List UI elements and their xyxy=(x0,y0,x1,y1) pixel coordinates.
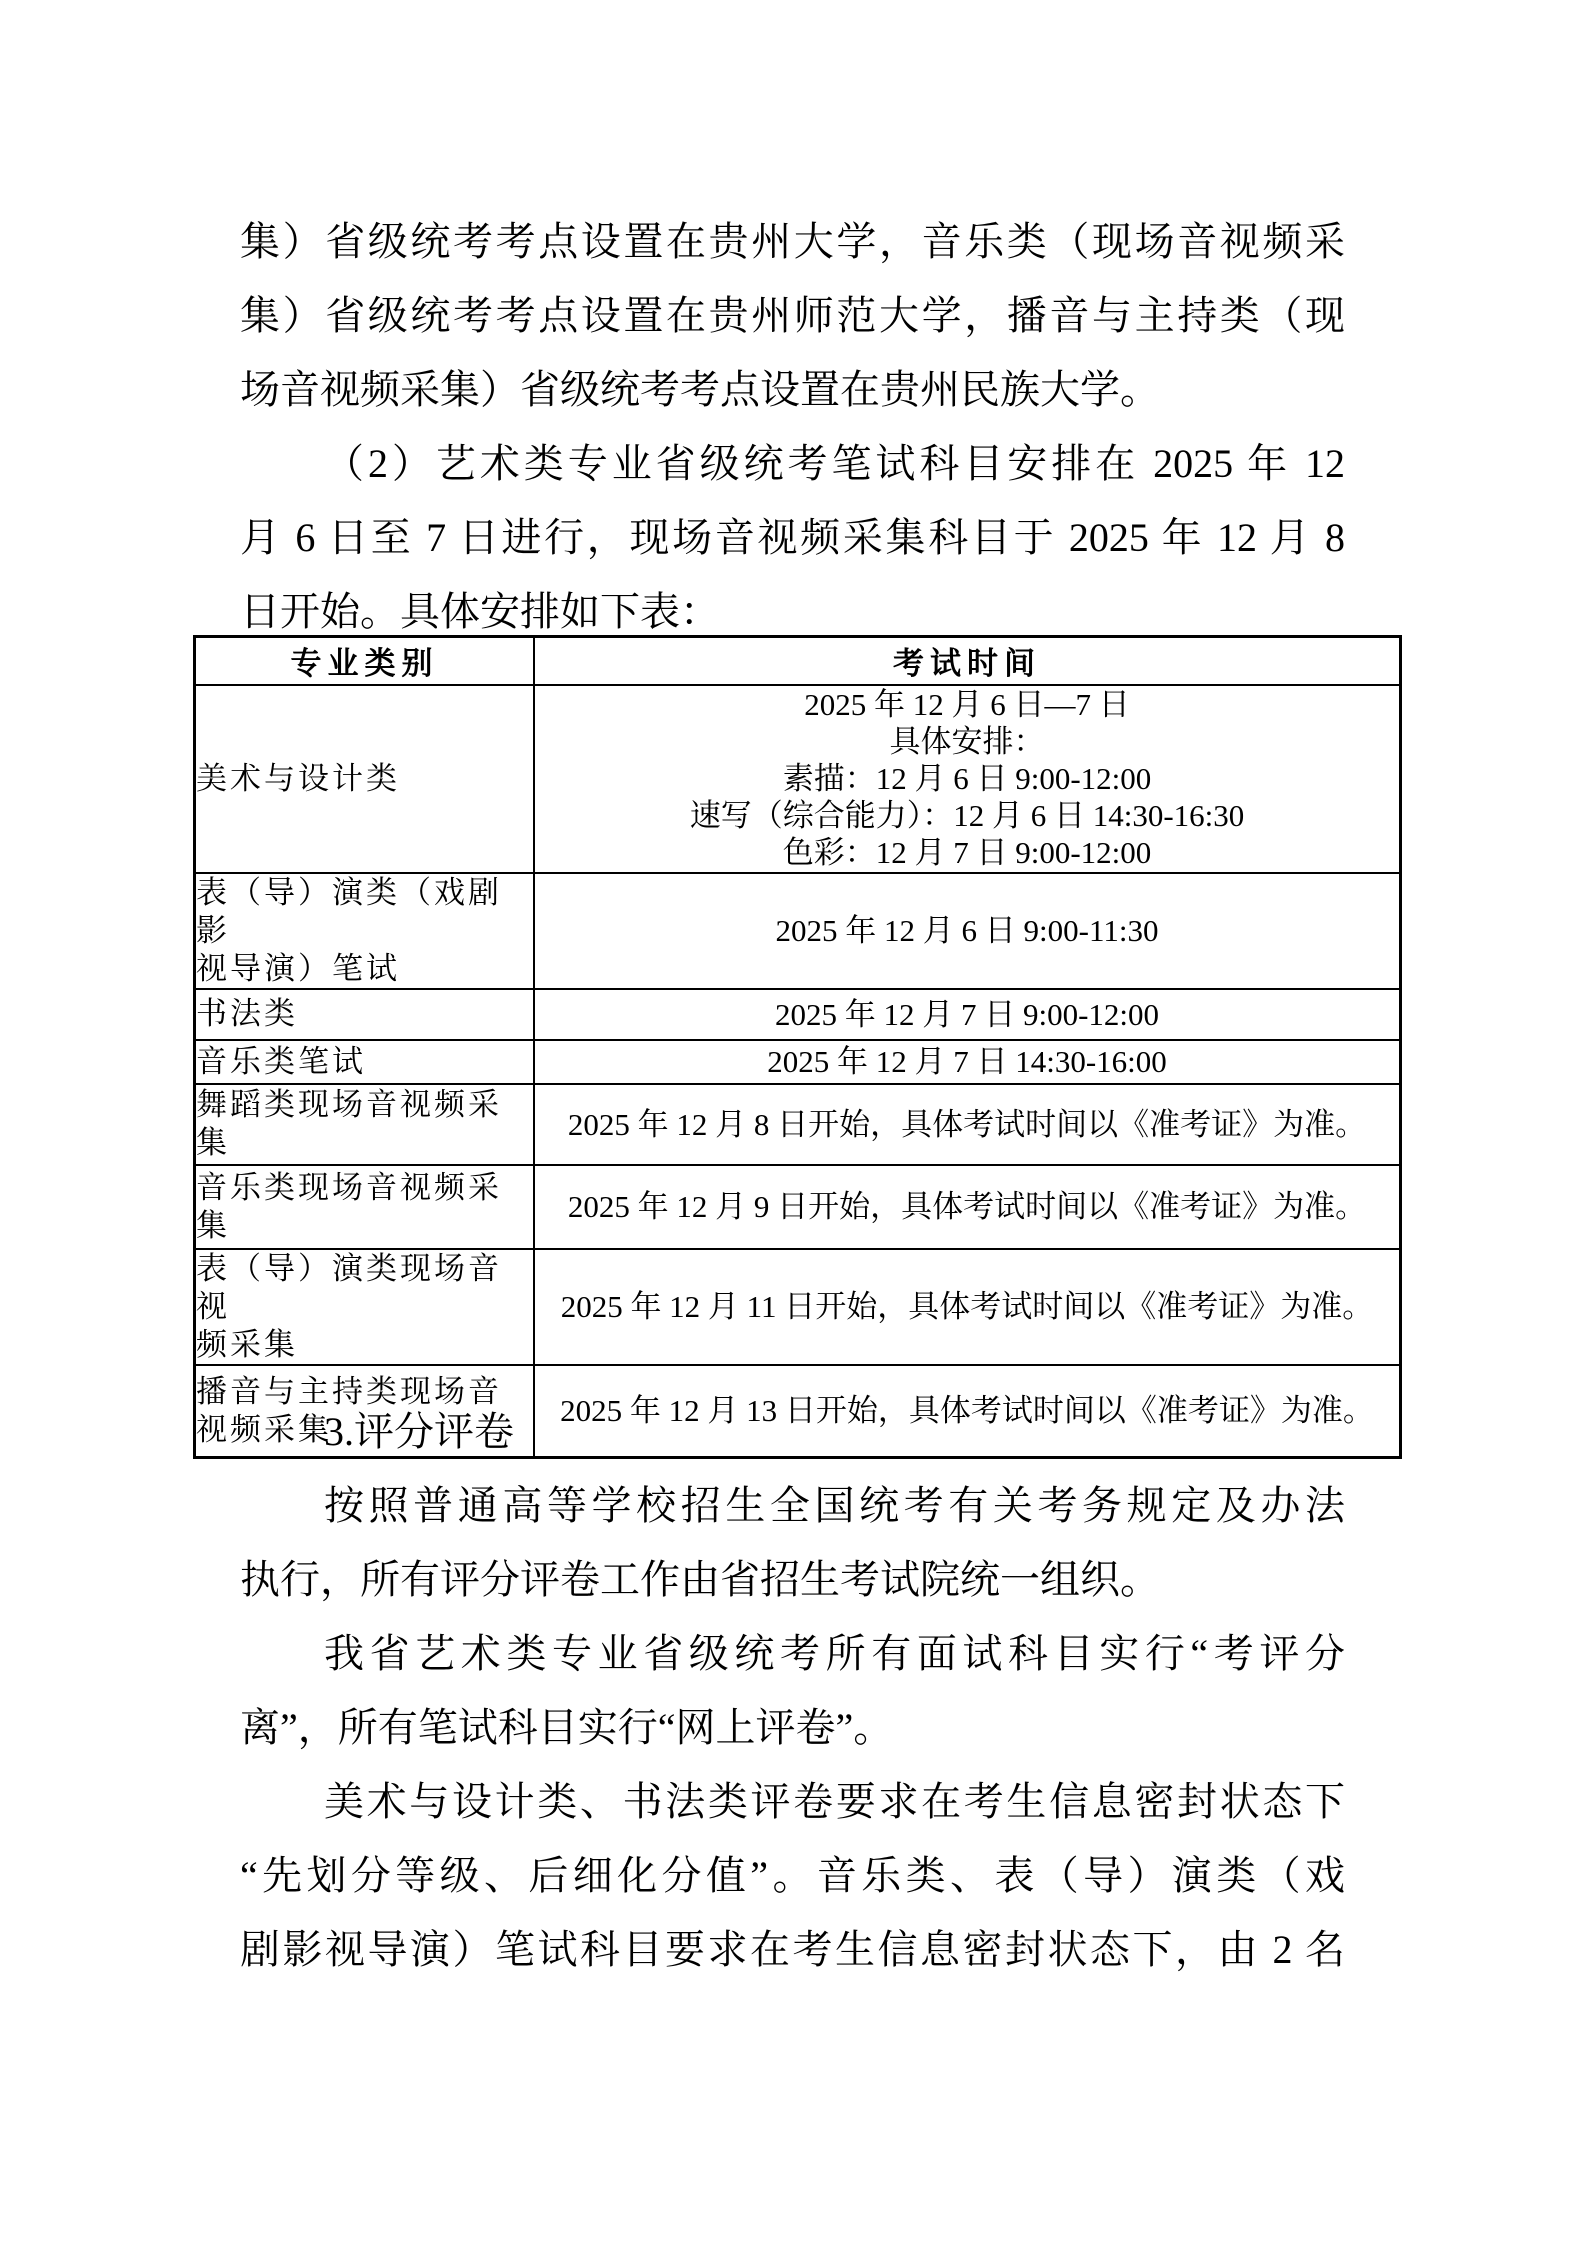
text-line: 我省艺术类专业省级统考所有面试科目实行“考评分 xyxy=(240,1617,1345,1691)
category-label: 书法类 xyxy=(196,996,298,1031)
category-cell: 表（导）演类（戏剧影视导演）笔试 xyxy=(195,873,535,989)
category-label: 美术与设计类 xyxy=(196,761,400,796)
exam-time-cell: 2025 年 12 月 11 日开始，具体考试时间以《准考证》为准。 xyxy=(534,1249,1401,1365)
text-line: 集）省级统考考点设置在贵州大学，音乐类（现场音视频采 xyxy=(240,205,1345,279)
exam-time-cell: 2025 年 12 月 9 日开始，具体考试时间以《准考证》为准。 xyxy=(534,1165,1401,1249)
exam-time-line: 色彩：12 月 7 日 9:00-12:00 xyxy=(535,834,1399,871)
text-line: 美术与设计类、书法类评卷要求在考生信息密封状态下 xyxy=(240,1765,1345,1839)
table-row: 音乐类笔试2025 年 12 月 7 日 14:30-16:00 xyxy=(195,1040,1401,1084)
category-cell: 舞蹈类现场音视频采集 xyxy=(195,1084,535,1165)
exam-time-cell: 2025 年 12 月 8 日开始，具体考试时间以《准考证》为准。 xyxy=(534,1084,1401,1165)
exam-schedule-table: 专业类别 考试时间 美术与设计类2025 年 12 月 6 日—7 日具体安排：… xyxy=(193,635,1402,1459)
category-label: 表（导）演类现场音视 xyxy=(196,1251,502,1324)
category-label: 音乐类现场音视频采 xyxy=(196,1170,502,1205)
text-line: 3.评分评卷 xyxy=(240,1395,1345,1469)
exam-time-line: 2025 年 12 月 6 日—7 日 xyxy=(535,686,1399,723)
exam-time-line: 素描：12 月 6 日 9:00-12:00 xyxy=(535,760,1399,797)
exam-time-cell: 2025 年 12 月 6 日 9:00-11:30 xyxy=(534,873,1401,989)
column-header-exam-time: 考试时间 xyxy=(534,637,1401,685)
exam-time-line: 速写（综合能力）：12 月 6 日 14:30-16:30 xyxy=(535,797,1399,834)
table-header-row: 专业类别 考试时间 xyxy=(195,637,1401,685)
category-label: 音乐类笔试 xyxy=(196,1044,366,1079)
category-cell: 音乐类现场音视频采集 xyxy=(195,1165,535,1249)
category-label: 频采集 xyxy=(196,1327,298,1362)
exam-time-cell: 2025 年 12 月 6 日—7 日具体安排：素描：12 月 6 日 9:00… xyxy=(534,685,1401,873)
exam-time-line: 具体安排： xyxy=(535,723,1399,760)
exam-time-line: 2025 年 12 月 11 日开始，具体考试时间以《准考证》为准。 xyxy=(535,1288,1399,1325)
exam-time-cell: 2025 年 12 月 7 日 14:30-16:00 xyxy=(534,1040,1401,1084)
text-line: 场音视频采集）省级统考考点设置在贵州民族大学。 xyxy=(240,353,1345,427)
category-cell: 美术与设计类 xyxy=(195,685,535,873)
text-line: 月 6 日至 7 日进行，现场音视频采集科目于 2025 年 12 月 8 xyxy=(240,501,1345,575)
exam-time-line: 2025 年 12 月 7 日 14:30-16:00 xyxy=(535,1043,1399,1080)
exam-time-line: 2025 年 12 月 7 日 9:00-12:00 xyxy=(535,996,1399,1033)
table-row: 表（导）演类现场音视频采集2025 年 12 月 11 日开始，具体考试时间以《… xyxy=(195,1249,1401,1365)
category-cell: 表（导）演类现场音视频采集 xyxy=(195,1249,535,1365)
exam-time-line: 2025 年 12 月 6 日 9:00-11:30 xyxy=(535,912,1399,949)
text-line: 离”，所有笔试科目实行“网上评卷”。 xyxy=(240,1691,1345,1765)
column-header-category: 专业类别 xyxy=(195,637,535,685)
table-row: 舞蹈类现场音视频采集2025 年 12 月 8 日开始，具体考试时间以《准考证》… xyxy=(195,1084,1401,1165)
category-label: 集 xyxy=(196,1208,230,1243)
category-cell: 音乐类笔试 xyxy=(195,1040,535,1084)
exam-time-line: 2025 年 12 月 9 日开始，具体考试时间以《准考证》为准。 xyxy=(535,1188,1399,1225)
table-row: 音乐类现场音视频采集2025 年 12 月 9 日开始，具体考试时间以《准考证》… xyxy=(195,1165,1401,1249)
category-label: 视导演）笔试 xyxy=(196,951,400,986)
text-line: “先划分等级、后细化分值”。音乐类、表（导）演类（戏 xyxy=(240,1839,1345,1913)
table-row: 书法类2025 年 12 月 7 日 9:00-12:00 xyxy=(195,989,1401,1040)
paragraphs-below-table: 3.评分评卷按照普通高等学校招生全国统考有关考务规定及办法执行，所有评分评卷工作… xyxy=(240,1395,1345,1987)
text-line: 剧影视导演）笔试科目要求在考生信息密封状态下，由 2 名 xyxy=(240,1913,1345,1987)
text-line: 执行，所有评分评卷工作由省招生考试院统一组织。 xyxy=(240,1543,1345,1617)
category-label: 表（导）演类（戏剧影 xyxy=(196,875,502,948)
document-page: 集）省级统考考点设置在贵州大学，音乐类（现场音视频采集）省级统考考点设置在贵州师… xyxy=(0,0,1587,2245)
category-label: 舞蹈类现场音视频采 xyxy=(196,1087,502,1122)
exam-time-cell: 2025 年 12 月 7 日 9:00-12:00 xyxy=(534,989,1401,1040)
exam-time-line: 2025 年 12 月 8 日开始，具体考试时间以《准考证》为准。 xyxy=(535,1106,1399,1143)
table-row: 表（导）演类（戏剧影视导演）笔试2025 年 12 月 6 日 9:00-11:… xyxy=(195,873,1401,989)
category-label: 集 xyxy=(196,1125,230,1160)
text-line: 集）省级统考考点设置在贵州师范大学，播音与主持类（现 xyxy=(240,279,1345,353)
category-cell: 书法类 xyxy=(195,989,535,1040)
text-line: （2）艺术类专业省级统考笔试科目安排在 2025 年 12 xyxy=(240,427,1345,501)
text-line: 按照普通高等学校招生全国统考有关考务规定及办法 xyxy=(240,1469,1345,1543)
paragraphs-above-table: 集）省级统考考点设置在贵州大学，音乐类（现场音视频采集）省级统考考点设置在贵州师… xyxy=(240,205,1345,649)
table-row: 美术与设计类2025 年 12 月 6 日—7 日具体安排：素描：12 月 6 … xyxy=(195,685,1401,873)
